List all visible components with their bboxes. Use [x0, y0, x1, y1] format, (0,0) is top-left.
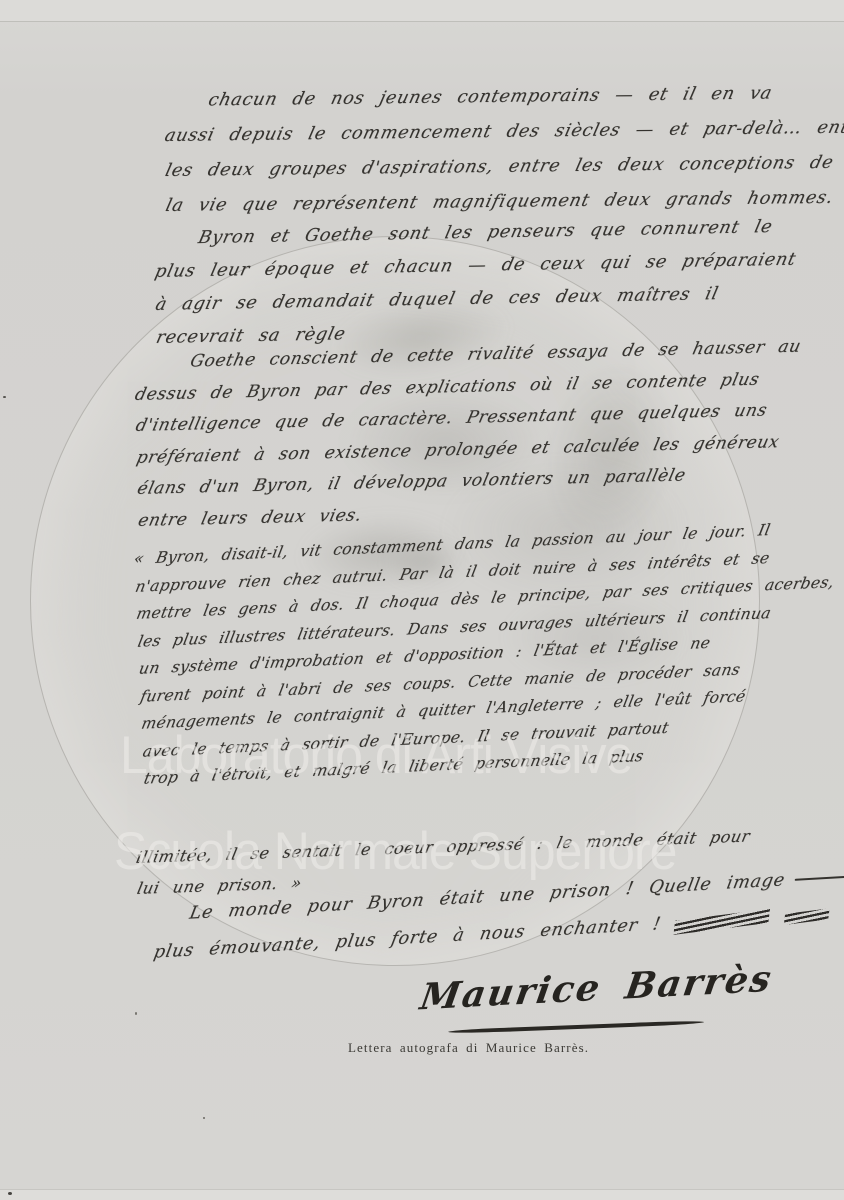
letter-paragraph: Goethe conscient de cette rivalité essay… [130, 332, 801, 537]
crossed-out-word [784, 908, 830, 925]
handwritten-letter: chacun de nos jeunes contemporains — et … [0, 0, 844, 1200]
scanned-book-page: chacun de nos jeunes contemporains — et … [0, 0, 844, 1200]
crossed-out-word [673, 908, 770, 934]
photo-caption: Lettera autografa di Maurice Barrès. [348, 1040, 589, 1056]
watermark-text-line1: Laboratorio di Arti Visive [120, 724, 632, 785]
pen-flourish [795, 875, 844, 881]
letter-paragraph: chacun de nos jeunes contemporains — et … [160, 75, 844, 224]
watermark-text-line2: Scuola Normale Superiore [114, 820, 676, 881]
